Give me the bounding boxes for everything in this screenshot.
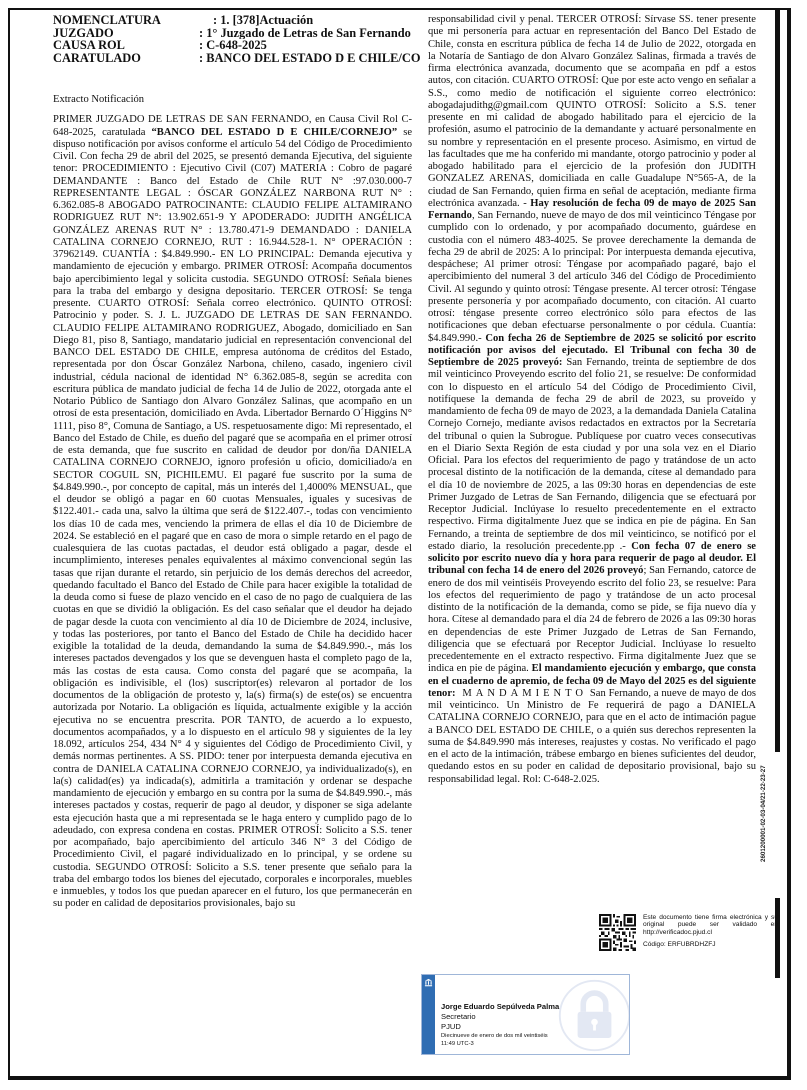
header-value: : 1. [378]Actuación xyxy=(199,14,313,27)
courthouse-icon xyxy=(424,978,433,987)
text-run: ; San Fernando, catorce de enero de dos … xyxy=(428,565,756,674)
text-run: , San Fernando, nueve de mayo de dos mil… xyxy=(428,210,756,344)
verification-code: Código: ERFUBRDHZFJ xyxy=(643,941,778,948)
header-key: NOMENCLATURA xyxy=(53,14,199,27)
left-column: Extracto Notificación PRIMER JUZGADO DE … xyxy=(53,94,412,911)
case-title-bold: “BANCO DEL ESTADO D E CHILE/CORNEJO” xyxy=(151,127,397,138)
signer-role: Secretario xyxy=(441,1012,621,1022)
verification-text: Este documento tiene firma electrónica y… xyxy=(643,914,778,936)
verification-text-block: Este documento tiene firma electrónica y… xyxy=(643,914,778,962)
header-row-causa-rol: CAUSA ROL : C-648-2025 xyxy=(53,39,423,52)
signature-details: Jorge Eduardo Sepúlveda Palma Secretario… xyxy=(441,1002,621,1047)
document-header: NOMENCLATURA : 1. [378]Actuación JUZGADO… xyxy=(53,14,423,64)
header-value: : C-648-2025 xyxy=(199,39,267,52)
qr-code-icon[interactable] xyxy=(599,914,636,951)
text-run: responsabilidad civil y penal. TERCER OT… xyxy=(428,14,756,209)
text-run: San Fernando, a nueve de mayo de dos mil… xyxy=(428,688,756,785)
header-row-juzgado: JUZGADO : 1° Juzgado de Letras de San Fe… xyxy=(53,27,423,40)
header-key: JUZGADO xyxy=(53,27,199,40)
signature-accent-strip xyxy=(422,975,435,1054)
signature-date: Diecinueve de enero de dos mil veintiséi… xyxy=(441,1033,621,1040)
body-paragraph: PRIMER JUZGADO DE LETRAS DE SAN FERNANDO… xyxy=(53,114,412,910)
header-value: : 1° Juzgado de Letras de San Fernando xyxy=(199,27,411,40)
header-key: CAUSA ROL xyxy=(53,39,199,52)
right-column: responsabilidad civil y penal. TERCER OT… xyxy=(428,14,756,786)
margin-bar xyxy=(775,10,780,752)
signer-name: Jorge Eduardo Sepúlveda Palma xyxy=(441,1002,621,1012)
electronic-signature-box: Jorge Eduardo Sepúlveda Palma Secretario… xyxy=(421,974,630,1055)
signature-time: 11:49 UTC-3 xyxy=(441,1041,621,1048)
header-value: : BANCO DEL ESTADO D E CHILE/CO xyxy=(199,52,420,65)
header-key: CARATULADO xyxy=(53,52,199,65)
text-run: San Fernando, treinta de septiembre de d… xyxy=(428,357,756,552)
mandamiento-label: MANDAMIENTO xyxy=(456,688,588,699)
signer-organization: PJUD xyxy=(441,1022,621,1032)
body-paragraph: responsabilidad civil y penal. TERCER OT… xyxy=(428,14,756,786)
vertical-document-stamp: 2601200001-02-03-04/21-22-23-27 xyxy=(760,702,770,862)
header-row-caratulado: CARATULADO : BANCO DEL ESTADO D E CHILE/… xyxy=(53,52,423,65)
extract-title: Extracto Notificación xyxy=(53,94,412,106)
header-row-nomenclatura: NOMENCLATURA : 1. [378]Actuación xyxy=(53,14,423,27)
verification-block: Este documento tiene firma electrónica y… xyxy=(599,914,789,962)
text-run: se dispuso notificación por avisos confo… xyxy=(53,127,412,910)
